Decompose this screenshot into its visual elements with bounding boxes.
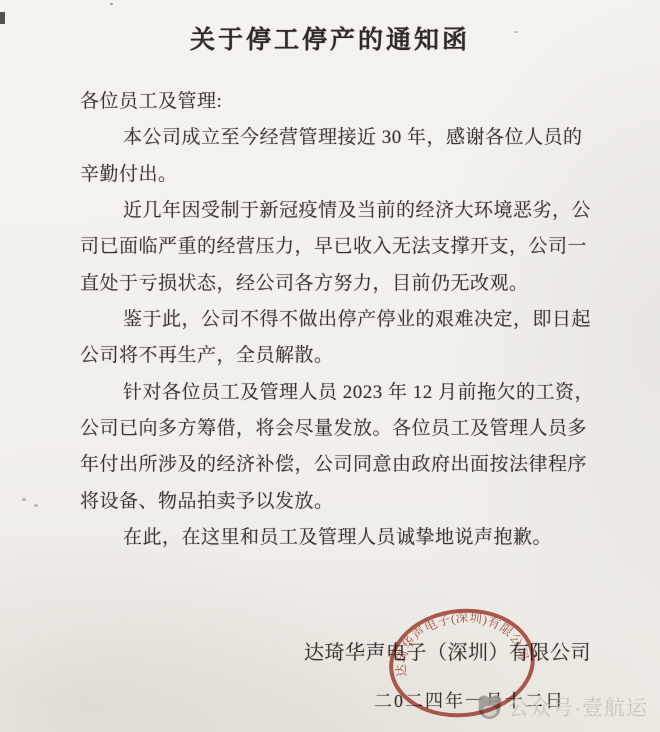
scanned-notice-page: 关于停工停产的通知函 各位员工及管理:本公司成立至今经营管理接近 30 年，感谢… <box>0 0 660 732</box>
svg-text:达琦华声电子(深圳)有限公司: 达琦华声电子(深圳)有限公司 <box>388 604 531 678</box>
document-line: 将设备、物品拍卖予以发放。 <box>80 484 610 520</box>
scan-artifact <box>110 3 113 5</box>
document-line: 在此，在这里和员工及管理人员诚挚地说声抱歉。 <box>80 520 610 556</box>
document-line: 本公司成立至今经营管理接近 30 年，感谢各位人员的 <box>80 120 610 156</box>
document-line: 公司已向多方筹借，将会尽量发放。各位员工及管理人员多 <box>80 411 610 447</box>
document-line: 鉴于此，公司不得不做出停产停业的艰难决定，即日起 <box>80 302 610 338</box>
document-title: 关于停工停产的通知函 <box>0 20 660 56</box>
document-line: 各位员工及管理: <box>80 84 610 120</box>
document-line: 公司将不再生产，全员解散。 <box>80 338 610 374</box>
document-body: 各位员工及管理:本公司成立至今经营管理接近 30 年，感谢各位人员的辛勤付出。近… <box>80 84 610 556</box>
scan-artifact <box>22 498 26 501</box>
document-line: 辛勤付出。 <box>80 157 610 193</box>
company-seal-stamp: 达琦华声电子(深圳)有限公司 <box>385 600 539 724</box>
document-line: 司已面临严重的经营压力，早已收入无法支撑开支，公司一 <box>80 229 610 265</box>
document-line: 针对各位员工及管理人员 2023 年 12 月前拖欠的工资， <box>80 375 610 411</box>
document-line: 直处于亏损状态，经公司各方努力，目前仍无改观。 <box>80 266 610 302</box>
document-line: 年付出所涉及的经济补偿，公司同意由政府出面按法律程序 <box>80 447 610 483</box>
stamp-arc-text: 达琦华声电子(深圳)有限公司 <box>388 604 531 678</box>
document-line: 近几年因受制于新冠疫情及当前的经济大环境恶劣，公 <box>80 193 610 229</box>
scan-artifact <box>34 504 38 507</box>
